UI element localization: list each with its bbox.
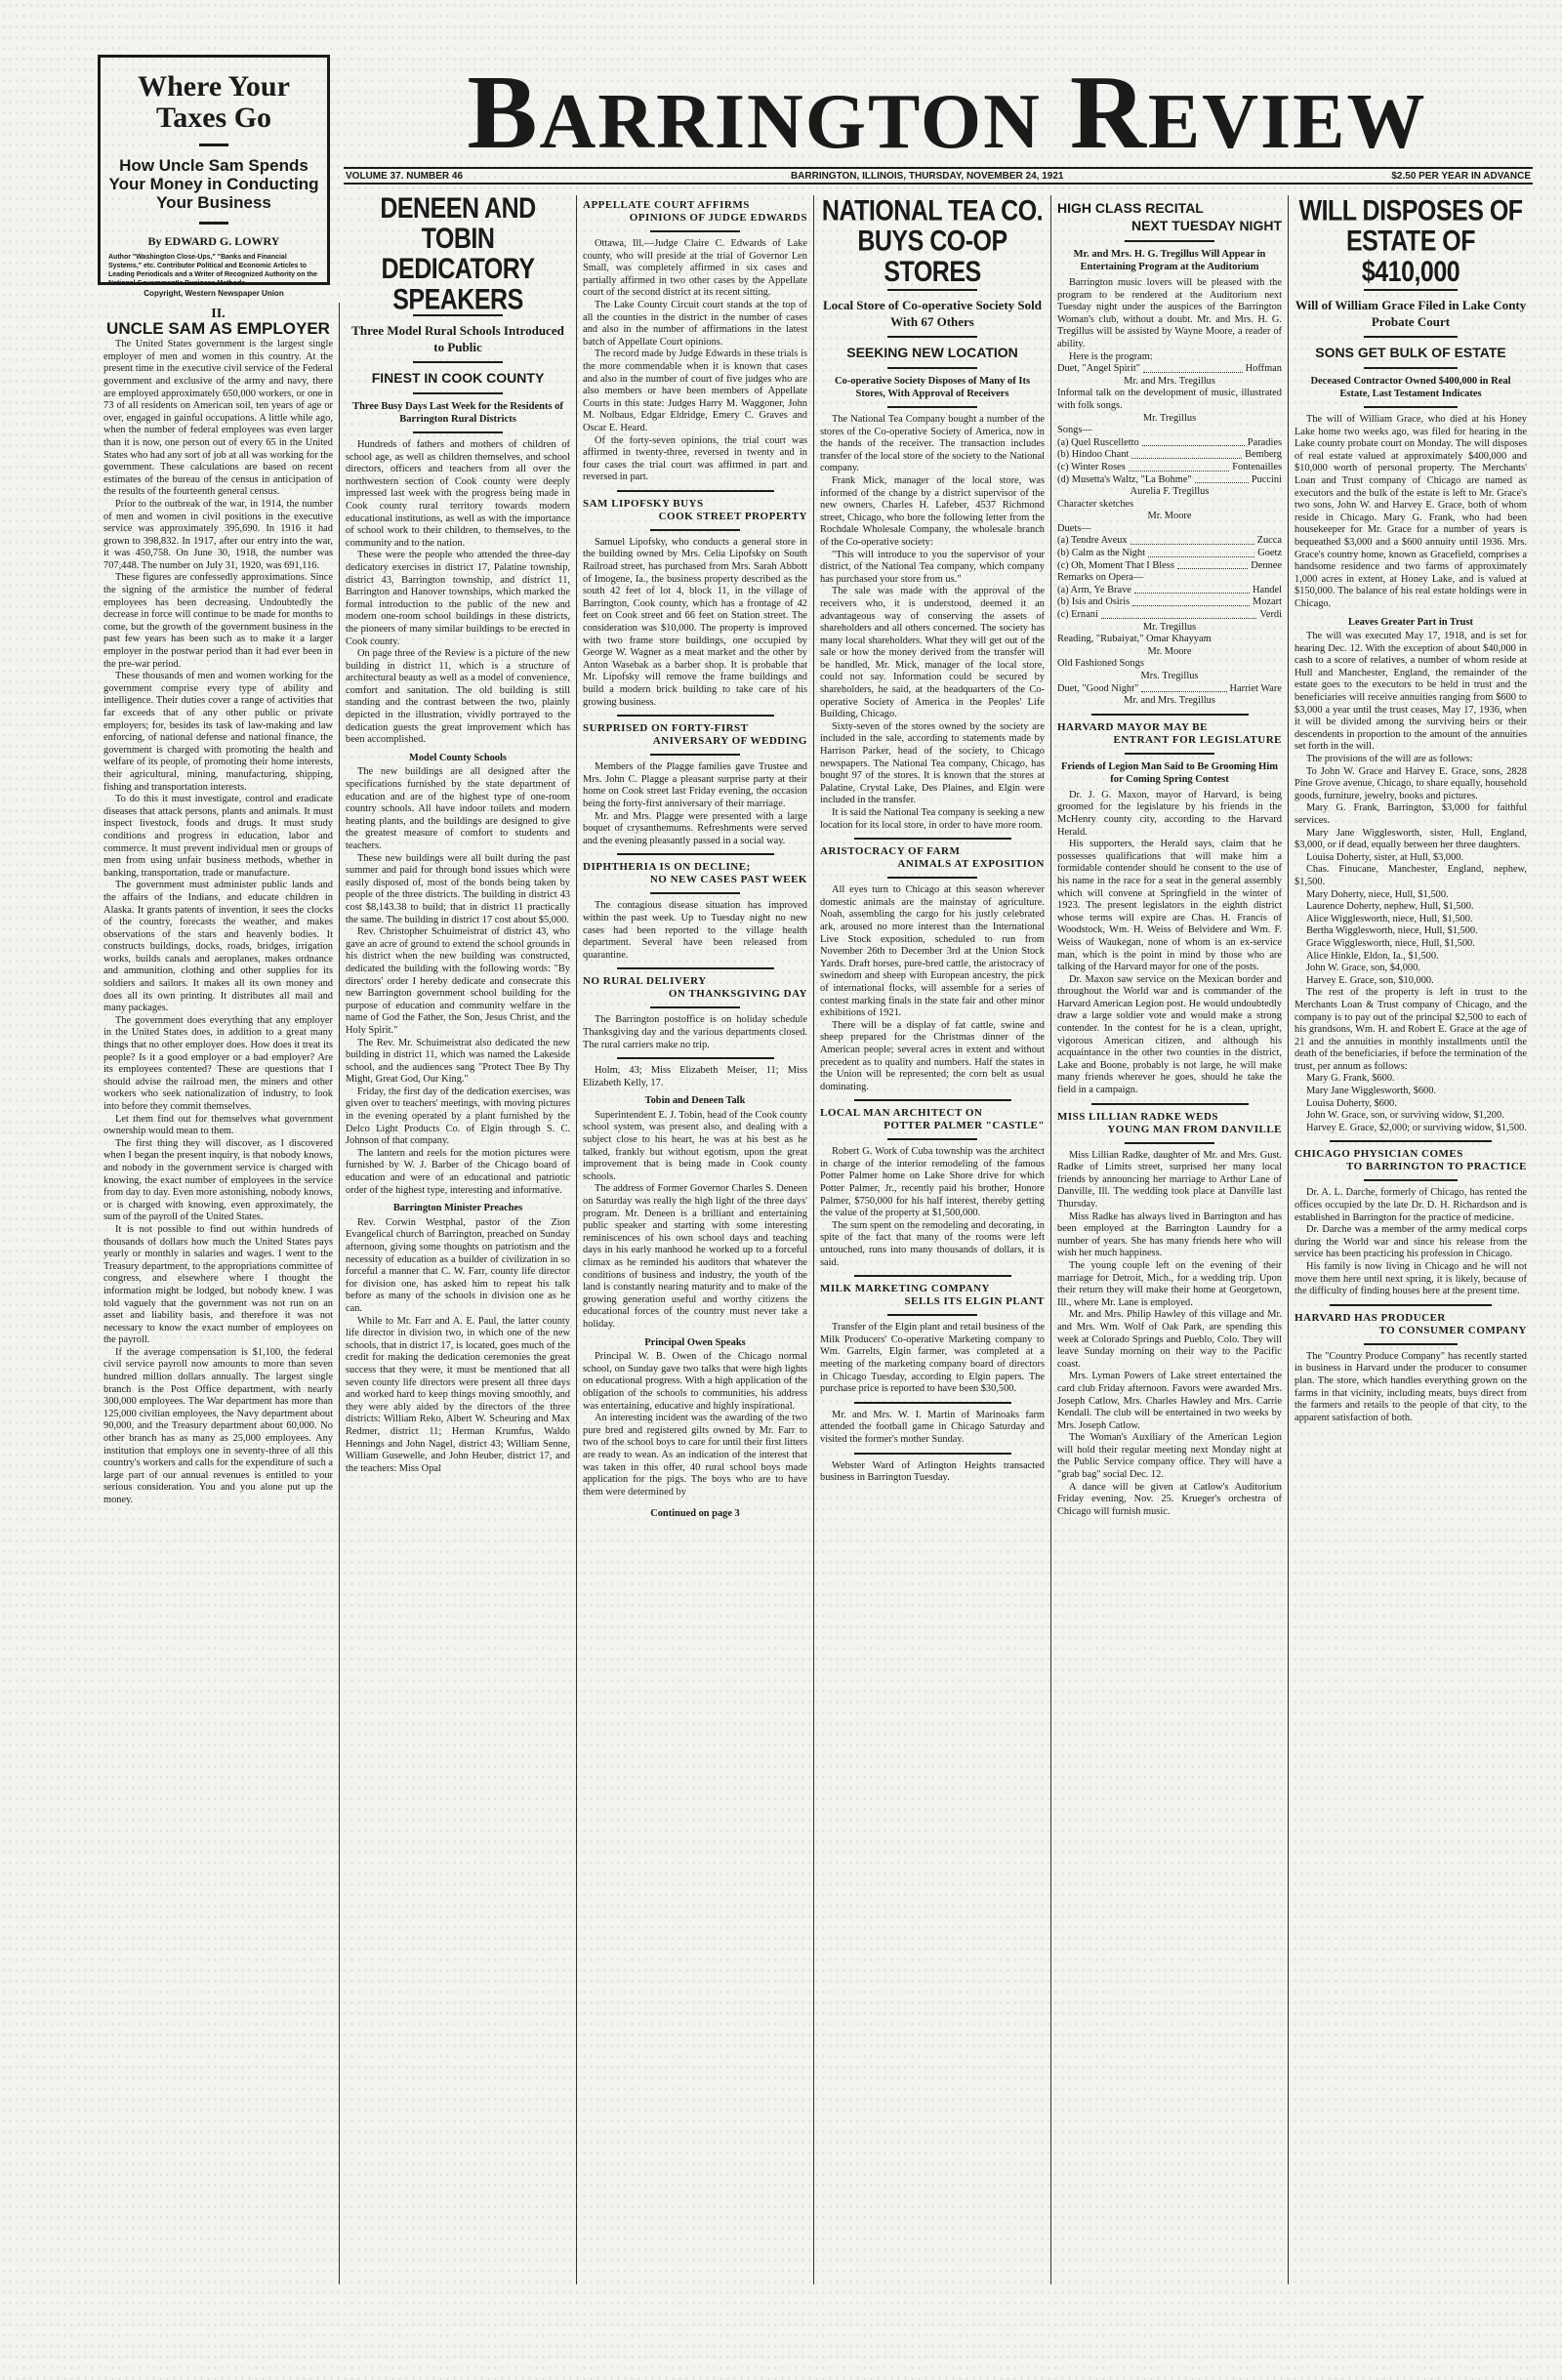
paragraph: The Barrington postoffice is on holiday …: [583, 1014, 807, 1051]
program-item: (c) ErnaniVerdi: [1057, 609, 1282, 622]
column-6: WILL DISPOSES OF ESTATE OF $410,000 Will…: [1289, 195, 1533, 2284]
program-composer: Handel: [1253, 585, 1282, 597]
divider: [1125, 1142, 1214, 1144]
paragraph: The will of William Grace, who died at h…: [1295, 414, 1527, 611]
headline: NEXT TUESDAY NIGHT: [1057, 217, 1282, 234]
headline-line: OPINIONS OF JUDGE EDWARDS: [583, 212, 807, 225]
paragraph: The provisions of the will are as follow…: [1295, 754, 1527, 766]
divider: [1330, 1140, 1493, 1142]
program-piece: (d) Musetta's Waltz, "La Bohme": [1057, 474, 1192, 487]
paragraph: While to Mr. Farr and A. E. Paul, the la…: [346, 1316, 570, 1476]
headline-line: POTTER PALMER "CASTLE": [820, 1120, 1045, 1132]
dot-leader: [1195, 474, 1249, 484]
ear-box: Where Your Taxes Go How Uncle Sam Spends…: [98, 55, 330, 285]
program-composer: Dennee: [1251, 560, 1282, 573]
headline-line: ANIMALS AT EXPOSITION: [820, 858, 1045, 871]
paragraph: Of the forty-seven opinions, the trial c…: [583, 435, 807, 484]
deck: FINEST IN COOK COUNTY: [346, 369, 570, 387]
program-item: (b) Calm as the NightGoetz: [1057, 548, 1282, 560]
paragraph: Transfer of the Elgin plant and retail b…: [820, 1322, 1045, 1396]
divider: [1364, 406, 1457, 408]
program-item: Duet, "Angel Spirit"Hoffman: [1057, 363, 1282, 376]
paragraph: Grace Wigglesworth, niece, Hull, $1,500.: [1295, 938, 1527, 951]
program-item: (d) Musetta's Waltz, "La Bohme"Puccini: [1057, 474, 1282, 487]
program-item: (c) Winter RosesFontenailles: [1057, 462, 1282, 474]
subscription-price: $2.50 PER YEAR IN ADVANCE: [1391, 171, 1531, 182]
divider: [650, 1006, 740, 1008]
paragraph: All eyes turn to Chicago at this season …: [820, 884, 1045, 1020]
headline-line: SURPRISED ON FORTY-FIRST: [583, 722, 749, 734]
article-title: UNCLE SAM AS EMPLOYER: [103, 323, 333, 336]
paragraph: Friday, the first day of the dedication …: [346, 1087, 570, 1148]
deck: Mr. and Mrs. H. G. Tregillus Will Appear…: [1057, 248, 1282, 273]
deck: SONS GET BULK OF ESTATE: [1295, 344, 1527, 361]
deck: Friends of Legion Man Said to Be Groomin…: [1057, 760, 1282, 786]
paragraph: The record made by Judge Edwards in thes…: [583, 349, 807, 434]
paragraph: Rev. Christopher Schuimeistrat of distri…: [346, 926, 570, 1037]
paragraph: The address of Former Governor Charles S…: [583, 1183, 807, 1331]
deck: Co-operative Society Disposes of Many of…: [820, 375, 1045, 400]
program-performer: Mr. Moore: [1057, 511, 1282, 523]
headline-line: NO RURAL DELIVERY: [583, 975, 707, 987]
headline-line: ON THANKSGIVING DAY: [583, 988, 807, 1001]
paragraph: Barrington music lovers will be pleased …: [1057, 277, 1282, 351]
dot-leader: [1148, 548, 1254, 557]
divider: [650, 529, 740, 531]
continued-link: Continued on page 3: [583, 1508, 807, 1521]
program-composer: Mozart: [1253, 596, 1282, 609]
paragraph: Prior to the outbreak of the war, in 191…: [103, 499, 333, 573]
paragraph: These were the people who attended the t…: [346, 550, 570, 648]
headline-line: TO CONSUMER COMPANY: [1295, 1325, 1527, 1337]
program-piece: (a) Quel Ruscelletto: [1057, 437, 1139, 450]
divider: [1330, 1304, 1493, 1306]
headline-line: NO NEW CASES PAST WEEK: [583, 874, 807, 886]
headline-line: SELLS ITS ELGIN PLANT: [820, 1295, 1045, 1308]
ear-byline: By EDWARD G. LOWRY: [108, 234, 319, 249]
subhead: Leaves Greater Part in Trust: [1295, 617, 1527, 630]
paragraph: An interesting incident was the awarding…: [583, 1413, 807, 1498]
paragraph: Mary Doherty, niece, Hull, $1,500.: [1295, 889, 1527, 902]
paragraph: Frank Mick, manager of the local store, …: [820, 475, 1045, 550]
copyright-line: Copyright, Western Newspaper Union: [98, 289, 330, 298]
article-body: The will of William Grace, who died at h…: [1295, 406, 1527, 1424]
paragraph: The Lake County Circuit court stands at …: [583, 300, 807, 349]
paragraph: If the average compensation is $1,100, t…: [103, 1347, 333, 1507]
paragraph: Mary Jane Wigglesworth, $600.: [1295, 1086, 1527, 1098]
headline-line: ANIVERSARY OF WEDDING: [583, 735, 807, 748]
deck: Local Store of Co-operative Society Sold…: [820, 297, 1045, 330]
subhead: Barrington Minister Preaches: [346, 1203, 570, 1215]
program-performer: Mr. Tregillus: [1057, 622, 1282, 635]
paragraph: Sixty-seven of the stores owned by the s…: [820, 721, 1045, 807]
headline-line: TO BARRINGTON TO PRACTICE: [1295, 1161, 1527, 1173]
divider: [413, 392, 503, 394]
paragraph: The contagious disease situation has imp…: [583, 900, 807, 962]
dot-leader: [1132, 596, 1250, 606]
program-item: (c) Oh, Moment That I BlessDennee: [1057, 560, 1282, 573]
paragraph: There will be a display of fat cattle, s…: [820, 1020, 1045, 1094]
program-item: Character sketches: [1057, 499, 1282, 512]
dot-leader: [1177, 560, 1248, 570]
ear-subtitle: How Uncle Sam Spends Your Money in Condu…: [108, 156, 319, 212]
paragraph: The rest of the property is left in trus…: [1295, 987, 1527, 1073]
paragraph: John W. Grace, son, or surviving widow, …: [1295, 1110, 1527, 1123]
paragraph: The lantern and reels for the motion pic…: [346, 1148, 570, 1197]
program-piece: (c) Oh, Moment That I Bless: [1057, 560, 1174, 573]
divider: [854, 1402, 1011, 1404]
paragraph: The first thing they will discover, as I…: [103, 1138, 333, 1224]
paragraph: Let them find out for themselves what go…: [103, 1114, 333, 1138]
program-piece: (c) Ernani: [1057, 609, 1098, 622]
article-headline: CHICAGO PHYSICIAN COMESTO BARRINGTON TO …: [1295, 1148, 1527, 1173]
program-piece: Remarks on Opera—: [1057, 572, 1143, 585]
dot-leader: [1142, 437, 1245, 447]
paragraph: Robert G. Work of Cuba township was the …: [820, 1146, 1045, 1220]
program-item: (b) Hindoo ChantBemberg: [1057, 449, 1282, 462]
program-item: (a) Arm, Ye BraveHandel: [1057, 585, 1282, 597]
article-headline: MILK MARKETING COMPANYSELLS ITS ELGIN PL…: [820, 1283, 1045, 1308]
program-performer: Mr. and Mrs. Tregillus: [1057, 695, 1282, 708]
program-item: Informal talk on the development of musi…: [1057, 388, 1282, 412]
program-item: Songs—: [1057, 425, 1282, 437]
program-piece: Duet, "Good Night": [1057, 683, 1138, 696]
paragraph: A dance will be given at Catlow's Audito…: [1057, 1482, 1282, 1519]
dateline-bar: VOLUME 37. NUMBER 46 BARRINGTON, ILLINOI…: [344, 167, 1533, 185]
masthead-text: BARRINGTON REVIEW: [467, 55, 1426, 171]
paragraph: Mary G. Frank, Barrington, $3,000 for fa…: [1295, 802, 1527, 827]
paragraph: The Woman's Auxiliary of the American Le…: [1057, 1432, 1282, 1481]
headline-line: MISS LILLIAN RADKE WEDS: [1057, 1111, 1218, 1123]
subhead: Principal Owen Speaks: [583, 1337, 807, 1350]
column-4: NATIONAL TEA CO. BUYS CO-OP STORES Local…: [814, 195, 1051, 2284]
program-piece: Informal talk on the development of musi…: [1057, 388, 1282, 412]
headline-line: LOCAL MAN ARCHITECT ON: [820, 1107, 982, 1119]
paragraph: Mrs. Lyman Powers of Lake street enterta…: [1057, 1371, 1282, 1432]
program-composer: Bemberg: [1245, 449, 1282, 462]
paragraph: Dr. A. L. Darche, formerly of Chicago, h…: [1295, 1187, 1527, 1224]
program-performer: Mr. and Mrs. Tregillus: [1057, 376, 1282, 389]
paragraph: His family is now living in Chicago and …: [1295, 1261, 1527, 1298]
column-2: DENEEN AND TOBIN DEDICATORY SPEAKERS Thr…: [340, 195, 577, 2284]
divider: [1091, 714, 1249, 716]
headline: HIGH CLASS RECITAL: [1057, 199, 1282, 217]
ear-credentials: Author "Washington Close-Ups," "Banks an…: [108, 253, 319, 288]
program-performer: Aurelia F. Tregillus: [1057, 486, 1282, 499]
masthead-title: BARRINGTON REVIEW: [361, 59, 1533, 177]
paragraph: These thousands of men and women working…: [103, 671, 333, 794]
paragraph: The will was executed May 17, 1918, and …: [1295, 631, 1527, 754]
program-composer: Verdi: [1259, 609, 1282, 622]
program-performer: Mrs. Tregillus: [1057, 671, 1282, 683]
paragraph: Here is the program:: [1057, 351, 1282, 364]
program-piece: (c) Winter Roses: [1057, 462, 1126, 474]
program-piece: Songs—: [1057, 425, 1092, 437]
program-piece: Reading, "Rubaiyat," Omar Khayyam: [1057, 634, 1212, 646]
program-piece: (b) Hindoo Chant: [1057, 449, 1129, 462]
article-headline: APPELLATE COURT AFFIRMSOPINIONS OF JUDGE…: [583, 199, 807, 225]
program-piece: (b) Calm as the Night: [1057, 548, 1145, 560]
program-item: Old Fashioned Songs: [1057, 658, 1282, 671]
dot-leader: [1101, 609, 1257, 619]
article-headline: SURPRISED ON FORTY-FIRSTANIVERSARY OF WE…: [583, 722, 807, 748]
headline-line: SAM LIPOFSKY BUYS: [583, 498, 704, 510]
paragraph: Dr. Darche was a member of the army medi…: [1295, 1224, 1527, 1261]
headline: NATIONAL TEA CO. BUYS CO-OP STORES: [820, 195, 1045, 287]
deck: SEEKING NEW LOCATION: [820, 344, 1045, 361]
article-headline: NO RURAL DELIVERYON THANKSGIVING DAY: [583, 975, 807, 1001]
program-performer: Mr. Tregillus: [1057, 413, 1282, 426]
divider: [887, 1138, 977, 1140]
paragraph: Mary Jane Wigglesworth, sister, Hull, En…: [1295, 828, 1527, 852]
headline: DENEEN AND TOBIN DEDICATORY SPEAKERS: [346, 195, 570, 314]
program-composer: Fontenailles: [1232, 462, 1282, 474]
paragraph: Louisa Doherty, sister, at Hull, $3,000.: [1295, 852, 1527, 865]
paragraph: The new buildings are all designed after…: [346, 766, 570, 852]
paragraph: Louisa Doherty, $600.: [1295, 1098, 1527, 1111]
paragraph: These new buildings were all built durin…: [346, 853, 570, 927]
headline-line: DIPHTHERIA IS ON DECLINE;: [583, 861, 751, 873]
paragraph: The "Country Produce Company" has recent…: [1295, 1351, 1527, 1425]
headline-line: COOK STREET PROPERTY: [583, 511, 807, 523]
paragraph: The United States government is the larg…: [103, 339, 333, 499]
dot-leader: [1129, 462, 1229, 472]
paragraph: Alice Wigglesworth, niece, Hull, $1,500.: [1295, 914, 1527, 926]
paragraph: Miss Lillian Radke, daughter of Mr. and …: [1057, 1150, 1282, 1211]
article-headline: DIPHTHERIA IS ON DECLINE;NO NEW CASES PA…: [583, 861, 807, 886]
divider: [1364, 1179, 1457, 1181]
headline: WILL DISPOSES OF ESTATE OF $410,000: [1295, 195, 1527, 287]
program-item: (a) Tendre AveuxZucca: [1057, 535, 1282, 548]
divider: [617, 490, 774, 492]
divider: [650, 892, 740, 894]
deck: Will of William Grace Filed in Lake Cont…: [1295, 297, 1527, 330]
column-1: II. UNCLE SAM AS EMPLOYER The United Sta…: [98, 303, 340, 2284]
program-item: Duets—: [1057, 523, 1282, 536]
divider: [887, 367, 977, 369]
program-piece: (a) Arm, Ye Brave: [1057, 585, 1131, 597]
paragraph: Holm, 43; Miss Elizabeth Meiser, 11; Mis…: [583, 1065, 807, 1089]
article-headline: LOCAL MAN ARCHITECT ONPOTTER PALMER "CAS…: [820, 1107, 1045, 1132]
program-piece: (a) Tendre Aveux: [1057, 535, 1128, 548]
deck: Deceased Contractor Owned $400,000 in Re…: [1295, 375, 1527, 400]
volume-number: VOLUME 37. NUMBER 46: [346, 171, 463, 182]
paragraph: Mr. and Mrs. Philip Hawley of this villa…: [1057, 1309, 1282, 1371]
paragraph: Samuel Lipofsky, who conducts a general …: [583, 537, 807, 709]
dot-leader: [1141, 683, 1226, 693]
divider: [887, 1314, 977, 1316]
dot-leader: [1134, 585, 1250, 595]
divider: [887, 336, 977, 338]
headline-line: MILK MARKETING COMPANY: [820, 1283, 990, 1294]
divider: [617, 967, 774, 969]
program-piece: Duet, "Angel Spirit": [1057, 363, 1140, 376]
divider: [854, 838, 1011, 840]
divider: [887, 289, 977, 291]
article-headline: ARISTOCRACY OF FARMANIMALS AT EXPOSITION: [820, 845, 1045, 871]
column-5: HIGH CLASS RECITAL NEXT TUESDAY NIGHT Mr…: [1051, 195, 1289, 2284]
paragraph: The young couple left on the evening of …: [1057, 1260, 1282, 1309]
ear-title: Where Your Taxes Go: [108, 71, 319, 134]
divider: [854, 1275, 1011, 1277]
article-body: The United States government is the larg…: [103, 339, 333, 1506]
column-3: APPELLATE COURT AFFIRMSOPINIONS OF JUDGE…: [577, 195, 814, 2284]
dot-leader: [1130, 535, 1254, 545]
article-headline: SAM LIPOFSKY BUYSCOOK STREET PROPERTY: [583, 498, 807, 523]
deck: Three Model Rural Schools Introduced to …: [346, 322, 570, 355]
headline-line: YOUNG MAN FROM DANVILLE: [1057, 1124, 1282, 1136]
paragraph: It is not possible to find out within hu…: [103, 1224, 333, 1347]
divider: [199, 144, 228, 146]
newspaper-page: Where Your Taxes Go How Uncle Sam Spends…: [98, 49, 1533, 2284]
recital-program: Duet, "Angel Spirit"HoffmanMr. and Mrs. …: [1057, 363, 1282, 708]
divider: [887, 877, 977, 879]
article-headline: MISS LILLIAN RADKE WEDSYOUNG MAN FROM DA…: [1057, 1111, 1282, 1136]
program-composer: Paradies: [1248, 437, 1282, 450]
divider: [1125, 753, 1214, 755]
paragraph: Harvey E. Grace, $2,000; or surviving wi…: [1295, 1123, 1527, 1135]
paragraph: Harvey E. Grace, son, $10,000.: [1295, 975, 1527, 988]
program-item: (a) Quel RuscellettoParadies: [1057, 437, 1282, 450]
paragraph: Mr. and Mrs. Plagge were presented with …: [583, 811, 807, 848]
divider: [1364, 336, 1457, 338]
paragraph: Mary G. Frank, $600.: [1295, 1073, 1527, 1086]
paragraph: The sale was made with the approval of t…: [820, 586, 1045, 721]
paragraph: Bertha Wigglesworth, niece, Hull, $1,500…: [1295, 925, 1527, 938]
paragraph: John W. Grace, son, $4,000.: [1295, 963, 1527, 975]
divider: [1091, 1103, 1249, 1105]
article-body: APPELLATE COURT AFFIRMSOPINIONS OF JUDGE…: [583, 199, 807, 1521]
paragraph: His supporters, the Herald says, claim t…: [1057, 839, 1282, 974]
subhead: Tobin and Deneen Talk: [583, 1095, 807, 1108]
program-composer: Zucca: [1257, 535, 1282, 548]
paragraph: Alice Hinkle, Eldon, Ia., $1,500.: [1295, 951, 1527, 964]
program-composer: Goetz: [1257, 548, 1282, 560]
paragraph: Miss Radke has always lived in Barringto…: [1057, 1211, 1282, 1260]
program-item: (b) Isis and OsirisMozart: [1057, 596, 1282, 609]
divider: [413, 431, 503, 433]
paragraph: Dr. J. G. Maxon, mayor of Harvard, is be…: [1057, 790, 1282, 839]
paragraph: To do this it must investigate, control …: [103, 794, 333, 880]
divider: [887, 406, 977, 408]
program-item: Remarks on Opera—: [1057, 572, 1282, 585]
headline-line: ARISTOCRACY OF FARM: [820, 845, 960, 857]
divider: [1364, 289, 1457, 291]
dateline: BARRINGTON, ILLINOIS, THURSDAY, NOVEMBER…: [791, 171, 1064, 182]
brief: Webster Ward of Arlington Heights transa…: [820, 1460, 1045, 1485]
program-piece: Character sketches: [1057, 499, 1133, 512]
paragraph: "This will introduce to you the supervis…: [820, 550, 1045, 587]
paragraph: Members of the Plagge families gave Trus…: [583, 761, 807, 810]
article-body: The National Tea Company bought a number…: [820, 406, 1045, 1485]
paragraph: Dr. Maxon saw service on the Mexican bor…: [1057, 974, 1282, 1097]
divider: [1364, 1343, 1457, 1345]
headline-line: HARVARD MAYOR MAY BE: [1057, 721, 1208, 733]
headline-line: CHICAGO PHYSICIAN COMES: [1295, 1148, 1463, 1160]
paragraph: The Rev. Mr. Schuimeistrat also dedicate…: [346, 1038, 570, 1087]
program-performer: Mr. Moore: [1057, 646, 1282, 659]
divider: [650, 754, 740, 756]
divider: [617, 853, 774, 855]
paragraph: Chas. Finucane, Manchester, England, nep…: [1295, 864, 1527, 888]
brief: Mr. and Mrs. W. I. Martin of Marinoaks f…: [820, 1410, 1045, 1447]
program-piece: Old Fashioned Songs: [1057, 658, 1144, 671]
headline-line: ENTRANT FOR LEGISLATURE: [1057, 734, 1282, 747]
divider: [617, 1057, 774, 1059]
paragraph: Laurence Doherty, nephew, Hull, $1,500.: [1295, 901, 1527, 914]
paragraph: Superintendent E. J. Tobin, head of the …: [583, 1110, 807, 1184]
divider: [1364, 367, 1457, 369]
dot-leader: [1131, 449, 1242, 459]
program-item: Reading, "Rubaiyat," Omar Khayyam: [1057, 634, 1282, 646]
article-body: Hundreds of fathers and mothers of child…: [346, 431, 570, 1475]
paragraph: Principal W. B. Owen of the Chicago norm…: [583, 1351, 807, 1413]
paragraph: It is said the National Tea company is s…: [820, 807, 1045, 832]
paragraph: Ottawa, Ill.—Judge Claire C. Edwards of …: [583, 238, 807, 300]
paragraph: On page three of the Review is a picture…: [346, 648, 570, 747]
program-composer: Harriet Ware: [1230, 683, 1283, 696]
headline-line: HARVARD HAS PRODUCER: [1295, 1312, 1446, 1324]
article-headline: HARVARD MAYOR MAY BEENTRANT FOR LEGISLAT…: [1057, 721, 1282, 747]
paragraph: The government must administer public la…: [103, 880, 333, 1015]
paragraph: Hundreds of fathers and mothers of child…: [346, 439, 570, 550]
program-composer: Hoffman: [1246, 363, 1282, 376]
divider: [617, 715, 774, 717]
program-item: Duet, "Good Night"Harriet Ware: [1057, 683, 1282, 696]
headline-line: APPELLATE COURT AFFIRMS: [583, 199, 750, 211]
divider: [650, 230, 740, 232]
program-piece: Duets—: [1057, 523, 1091, 536]
divider: [413, 361, 503, 363]
paragraph: The government does everything that any …: [103, 1015, 333, 1114]
divider: [854, 1099, 1011, 1101]
program-piece: (b) Isis and Osiris: [1057, 596, 1130, 609]
program-composer: Puccini: [1252, 474, 1282, 487]
paragraph: These figures are confessedly approximat…: [103, 572, 333, 671]
paragraph: To John W. Grace and Harvey E. Grace, so…: [1295, 766, 1527, 803]
article-headline: HARVARD HAS PRODUCERTO CONSUMER COMPANY: [1295, 1312, 1527, 1337]
divider: [854, 1453, 1011, 1455]
paragraph: Rev. Corwin Westphal, pastor of the Zion…: [346, 1217, 570, 1316]
article-body: Barrington music lovers will be pleased …: [1057, 277, 1282, 1518]
divider: [199, 222, 228, 225]
dot-leader: [1143, 363, 1243, 373]
paragraph: The sum spent on the remodeling and deco…: [820, 1220, 1045, 1269]
subhead: Model County Schools: [346, 753, 570, 765]
deck: Three Busy Days Last Week for the Reside…: [346, 400, 570, 426]
divider: [1125, 240, 1214, 242]
paragraph: The National Tea Company bought a number…: [820, 414, 1045, 475]
